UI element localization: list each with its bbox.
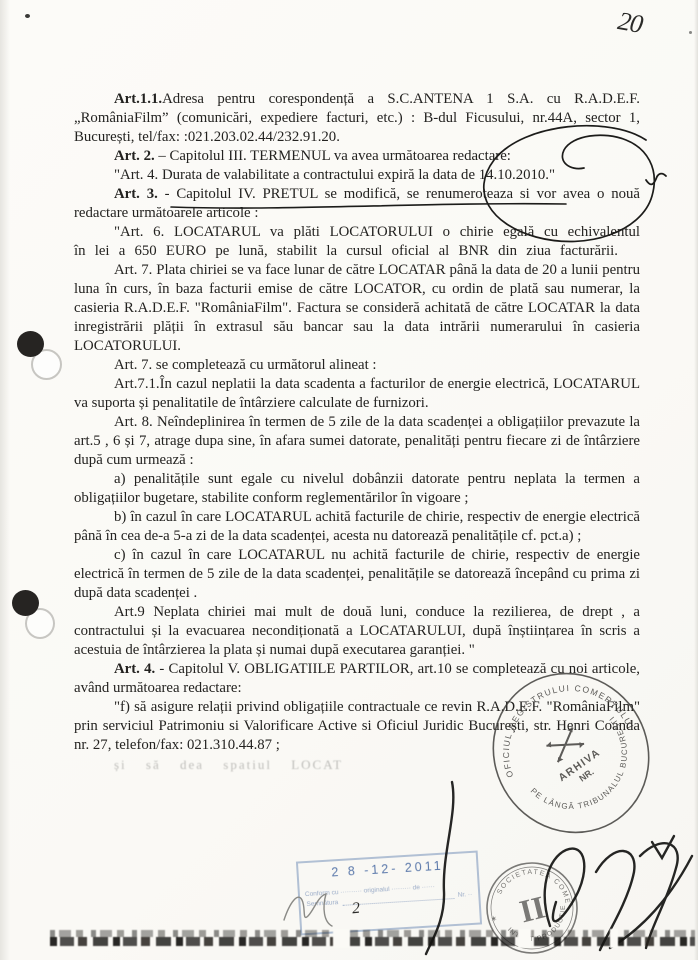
scan-artifact-gap xyxy=(610,929,618,948)
paragraph-art-9: Art.9 Neplata chiriei mai mult de două l… xyxy=(74,603,640,660)
ink-speck xyxy=(25,14,30,18)
paragraph-text: Art. 8. Neîndeplinirea în termen de 5 zi… xyxy=(74,414,640,468)
paragraph-item-b: b) în cazul în care LOCATARUL achită fac… xyxy=(74,508,640,546)
paragraph-text: "Art. 6. LOCATARUL va plăti LOCATORULUI … xyxy=(74,224,640,259)
paragraph-art-2: Art. 2. – Capitolul III. TERMENUL va ave… xyxy=(74,147,640,166)
paragraph-text: "f) să asigure relații privind obligații… xyxy=(74,699,640,753)
ink-speck xyxy=(689,31,692,34)
date-stamp-date: 2 8 -12- 2011 xyxy=(298,857,477,882)
punch-hole-mark xyxy=(12,590,39,616)
paragraph-item-f: "f) să asigure relații privind obligații… xyxy=(74,698,640,755)
paragraph-art-1-1: Art.1.1.Adresa pentru corespondență a S.… xyxy=(74,90,640,147)
scan-artifact-row xyxy=(50,937,695,946)
scanned-document-page: 20 Art.1.1.Adresa pentru corespondență a… xyxy=(0,0,698,960)
handwritten-checkmark xyxy=(644,170,670,190)
document-body: Art.1.1.Adresa pentru corespondență a S.… xyxy=(74,90,640,774)
date-stamp-number-label: Nr. ·· xyxy=(458,891,473,899)
stamp-center-logo: II xyxy=(516,888,549,929)
paragraph-text: - Capitolul V. OBLIGATIILE PARTILOR, art… xyxy=(74,661,640,696)
paragraph-text: - Capitolul IV. PRETUL se modifică, se r… xyxy=(74,186,640,221)
article-label: Art. 4. xyxy=(114,661,155,677)
paragraph-text: b) în cazul în care LOCATARUL achită fac… xyxy=(74,509,640,544)
scan-artifact-band xyxy=(50,929,695,948)
paragraph-text: Art. 7. se completează cu următorul alin… xyxy=(114,357,377,373)
page-edge-shadow-left xyxy=(0,0,10,960)
paragraph-text: "Art. 4. Durata de valabilitate a contra… xyxy=(114,167,555,183)
signature-stroke xyxy=(652,836,674,858)
article-label: Art.1.1. xyxy=(114,91,162,107)
paragraph-art-7-1: Art.7.1.În cazul neplatii la data scaden… xyxy=(74,375,640,413)
paragraph-item-c: c) în cazul în care LOCATARUL nu achită … xyxy=(74,546,640,603)
paragraph-text: c) în cazul în care LOCATARUL nu achită … xyxy=(74,547,640,601)
paragraph-art-8: Art. 8. Neîndeplinirea în termen de 5 zi… xyxy=(74,413,640,470)
paragraph-text: a) penalitățile sunt egale cu nivelul do… xyxy=(74,471,640,506)
scan-artifact-gap xyxy=(518,929,531,948)
signature-stroke xyxy=(545,849,585,926)
paragraph-ghost-line: și să dea spatiul LOCAT xyxy=(74,755,640,774)
paragraph-text: Art. 7. Plata chiriei se va face lunar d… xyxy=(74,262,640,354)
scan-artifact-gap xyxy=(333,929,350,948)
date-stamp-signature-label: Semnătura xyxy=(306,899,338,908)
paragraph-text: – Capitolul III. TERMENUL va avea următo… xyxy=(155,148,511,164)
handwritten-page-number: 20 xyxy=(616,6,645,40)
paragraph-art-3: Art. 3. - Capitolul IV. PRETUL se modifi… xyxy=(74,185,640,223)
paragraph-text: Art.7.1.În cazul neplatii la data scaden… xyxy=(74,376,640,411)
paragraph-art-2-quote: "Art. 4. Durata de valabilitate a contra… xyxy=(74,166,640,185)
paragraph-art-7-completare: Art. 7. se completează cu următorul alin… xyxy=(74,356,640,375)
article-label: Art. 3. xyxy=(114,186,158,202)
punch-hole-mark xyxy=(17,331,44,357)
paragraph-text: și să dea spatiul LOCAT xyxy=(114,757,343,772)
paragraph-art-4-cap5: Art. 4. - Capitolul V. OBLIGATIILE PARTI… xyxy=(74,660,640,698)
paragraph-item-a: a) penalitățile sunt egale cu nivelul do… xyxy=(74,470,640,508)
paragraph-art-7: Art. 7. Plata chiriei se va face lunar d… xyxy=(74,261,640,356)
stamp-star: ✶ xyxy=(490,914,499,924)
scan-artifact-row xyxy=(50,930,695,937)
paragraph-text: Art.9 Neplata chiriei mai mult de două l… xyxy=(74,604,640,658)
page-edge-shadow-right xyxy=(694,0,698,960)
stamp-top-text: SOCIETATEA COME xyxy=(493,861,572,921)
article-label: Art. 2. xyxy=(114,148,155,164)
blue-date-stamp: 2 8 -12- 2011 Conform cu ·········· orig… xyxy=(296,851,482,936)
paragraph-art-6-quote: "Art. 6. LOCATARUL va plăti LOCATORULUI … xyxy=(74,223,640,261)
